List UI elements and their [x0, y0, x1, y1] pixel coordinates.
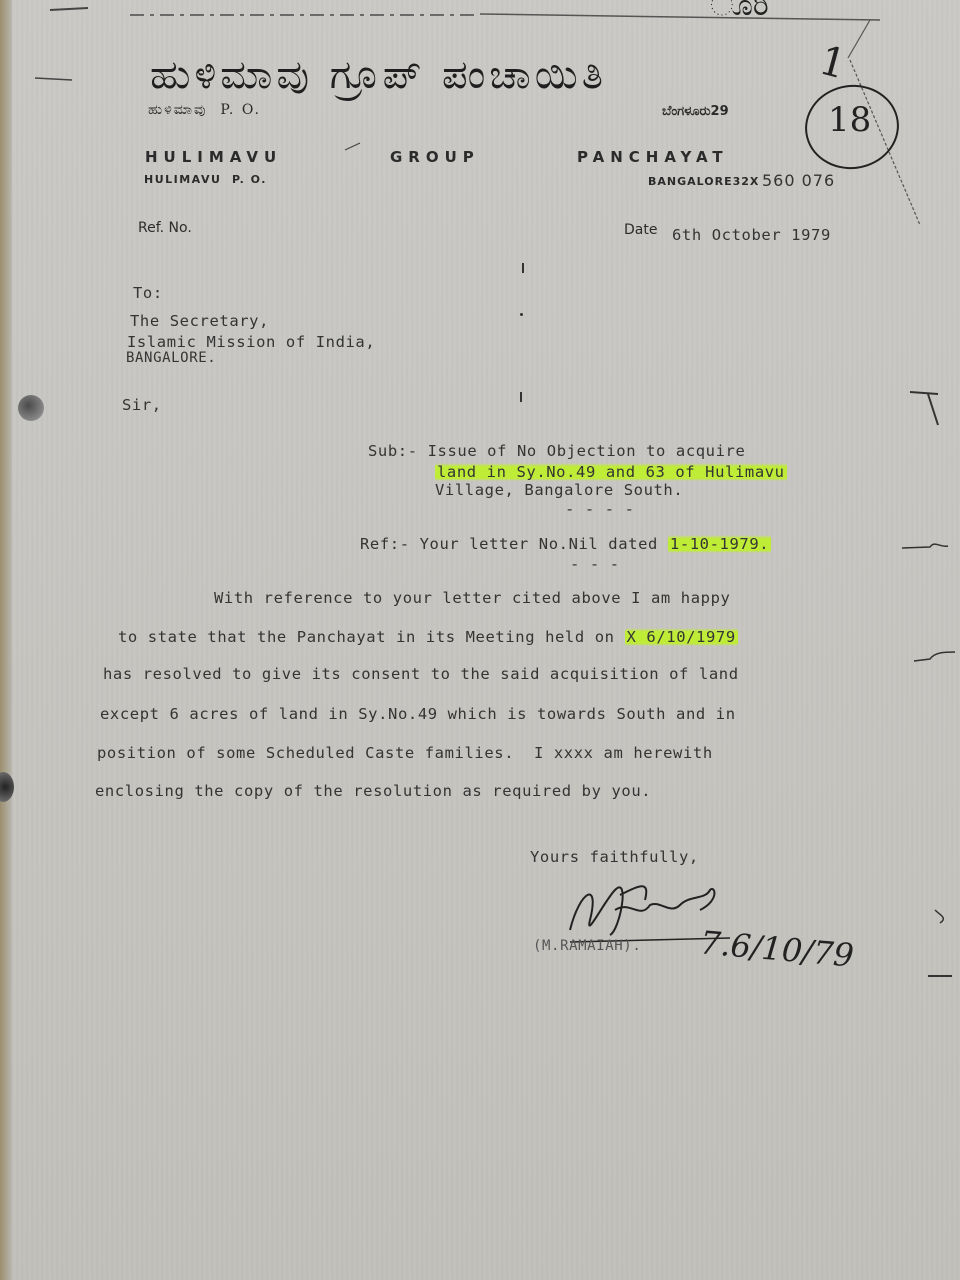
body-line: to state that the Panchayat in its Meeti… [118, 628, 738, 646]
letterhead-city: BANGALORE32X [648, 175, 759, 188]
stray-mark [520, 392, 522, 402]
recipient-line: Islamic Mission of India, [127, 333, 375, 351]
top-edge-mark: ೂರಿ [710, 0, 769, 23]
letterhead-hulimavu: HULIMAVU [145, 148, 282, 166]
reference-date-highlight: 1-10-1979. [668, 535, 771, 553]
body-line: except 6 acres of land in Sy.No.49 which… [100, 705, 736, 723]
subject-line: Village, Bangalore South. [435, 481, 683, 499]
recipient-line: The Secretary, [130, 312, 269, 330]
meeting-date-highlight: X 6/10/1979 [625, 628, 738, 646]
reference-line: Ref:- Your letter No.Nil dated 1-10-1979… [360, 535, 771, 553]
body-line: enclosing the copy of the resolution as … [95, 782, 651, 800]
valediction: Yours faithfully, [530, 848, 699, 866]
page-number: 18 [828, 100, 871, 140]
subject-line: Sub:- Issue of No Objection to acquire [368, 442, 745, 460]
letterhead-panchayat: PANCHAYAT [577, 148, 729, 166]
signatory-name: (M.RAMAIAH). [533, 938, 641, 954]
body-line: position of some Scheduled Caste familie… [97, 744, 713, 762]
date-label: Date [624, 222, 657, 238]
body-text: to state that the Panchayat in its Meeti… [118, 628, 625, 646]
letterhead-group: GROUP [390, 148, 480, 166]
stray-mark [520, 313, 523, 316]
date-value: 6th October 1979 [672, 226, 831, 244]
to-label: To: [133, 284, 163, 302]
ref-no-label: Ref. No. [138, 220, 192, 236]
highlight: land in Sy.No.49 and 63 of Hulimavu [435, 463, 787, 481]
reference-underline: - - - [570, 555, 620, 573]
letterhead-po: HULIMAVU P. O. [144, 173, 267, 186]
salutation: Sir, [122, 396, 162, 414]
letterhead-kannada-title: ಹುಳಿಮಾವು ಗ್ರೂಪ್ ಪಂಚಾಯಿತಿ [150, 52, 607, 98]
letterhead-kannada-city: ಬೆಂಗಳೂರು29 [662, 104, 729, 119]
letterhead-pin: 560 076 [762, 171, 835, 190]
body-line: With reference to your letter cited abov… [214, 589, 730, 607]
stray-mark [522, 263, 524, 273]
subject-line-highlighted: land in Sy.No.49 and 63 of Hulimavu [435, 463, 787, 481]
recipient-line: BANGALORE. [126, 350, 216, 366]
reference-text: Ref:- Your letter No.Nil dated [360, 535, 668, 553]
subject-underline: - - - - [565, 500, 635, 518]
letterhead-kannada-po: ಹುಳಿಮಾವು P. O. [148, 102, 261, 118]
punch-hole [18, 395, 44, 421]
body-line: has resolved to give its consent to the … [103, 665, 739, 683]
margin-marks [880, 370, 960, 1020]
